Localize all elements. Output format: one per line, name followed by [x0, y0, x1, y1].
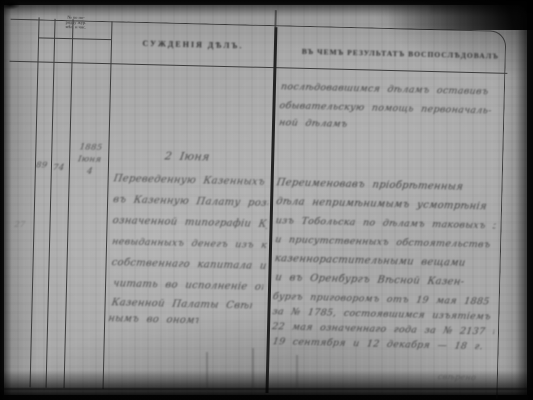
margin-bleed-mark: 27: [14, 220, 31, 229]
document-page: № по по- рядку жур. мѣс. и чис. СУЖДЕНІЯ…: [4, 5, 527, 395]
page-crease-streak: [206, 352, 208, 392]
corner-header-box: № по по- рядку жур. мѣс. и чис.: [39, 14, 112, 30]
case-text-line: нымъ во ономъ: [107, 313, 199, 326]
carryover-text-line: ной дѣламъ: [278, 117, 375, 130]
page-crease-streak: [252, 348, 254, 394]
photo-frame: № по по- рядку жур. мѣс. и чис. СУЖДЕНІЯ…: [0, 0, 533, 400]
entry-heading: 2 Іюня: [140, 149, 234, 164]
entry-date-day: 4: [74, 166, 105, 177]
top-rule-left-segment: [11, 19, 38, 21]
page-crease-streak: [296, 355, 298, 393]
verify-mark: свѣрено: [437, 372, 494, 382]
center-divider-stub: [274, 10, 276, 27]
entry-number-primary: 89: [35, 160, 50, 170]
entry-date-year: 1885: [74, 142, 108, 153]
entry-heading-text: 2 Іюня: [164, 150, 211, 165]
entry-date-month: Іюня: [72, 154, 106, 165]
entry-number-secondary: 74: [52, 163, 68, 173]
ledger-table: № по по- рядку жур. мѣс. и чис. СУЖДЕНІЯ…: [0, 0, 532, 400]
